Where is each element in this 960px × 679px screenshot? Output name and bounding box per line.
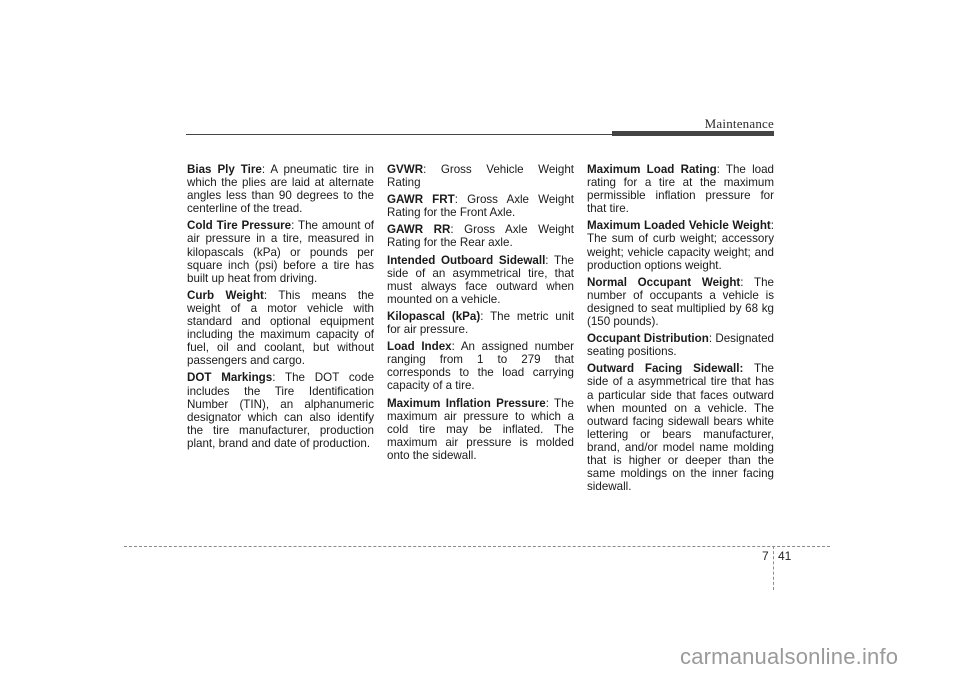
glossary-term: Load Index bbox=[387, 340, 452, 353]
glossary-term: Kilopascal (kPa) bbox=[387, 310, 480, 323]
separator: : bbox=[771, 219, 774, 232]
glossary-term: Maximum Load Rating bbox=[587, 163, 717, 176]
separator: : bbox=[480, 310, 490, 323]
glossary-term: DOT Markings bbox=[187, 371, 272, 384]
separator: : bbox=[545, 254, 554, 267]
footer-page-divider bbox=[773, 546, 774, 590]
separator: : bbox=[450, 223, 464, 236]
glossary-entry: Normal Occupant Weight: The number of oc… bbox=[587, 276, 774, 328]
watermark: carmanualsonline.info bbox=[680, 644, 898, 670]
glossary-entry: GVWR: Gross Vehicle Weight Rating bbox=[387, 163, 574, 189]
glossary-entry: Curb Weight: This means the weight of a … bbox=[187, 289, 374, 368]
glossary-entry: Intended Outboard Sidewall: The side of … bbox=[387, 254, 574, 306]
header-rule-thick bbox=[612, 131, 774, 136]
glossary-term: GVWR bbox=[387, 163, 423, 176]
glossary-entry: Cold Tire Pressure: The amount of air pr… bbox=[187, 219, 374, 284]
glossary-term: Curb Weight bbox=[187, 289, 264, 302]
glossary-column-3: Maximum Load Rating: The load rating for… bbox=[587, 163, 774, 497]
glossary-entry: GAWR RR: Gross Axle Weight Rating for th… bbox=[387, 223, 574, 249]
glossary-column-1: Bias Ply Tire: A pneumatic tire in which… bbox=[187, 163, 374, 454]
glossary-entry: Maximum Loaded Vehicle Weight: The sum o… bbox=[587, 219, 774, 271]
glossary-entry: Occupant Distribution: Designated seatin… bbox=[587, 332, 774, 358]
chapter-number: 7 bbox=[762, 549, 769, 563]
separator: : bbox=[740, 276, 754, 289]
glossary-term: Maximum Loaded Vehicle Weight bbox=[587, 219, 771, 232]
glossary-term: Intended Outboard Sidewall bbox=[387, 254, 545, 267]
glossary-entry: Kilopascal (kPa): The metric unit for ai… bbox=[387, 310, 574, 336]
footer-dashed-rule bbox=[124, 546, 830, 547]
separator: : bbox=[423, 163, 441, 176]
glossary-column-2: GVWR: Gross Vehicle Weight Rating GAWR F… bbox=[387, 163, 574, 466]
glossary-entry: GAWR FRT: Gross Axle Weight Rating for t… bbox=[387, 193, 574, 219]
glossary-entry: Load Index: An assigned number ranging f… bbox=[387, 340, 574, 392]
separator: : bbox=[546, 397, 554, 410]
separator bbox=[743, 362, 754, 375]
glossary-term: Occupant Distribution bbox=[587, 332, 709, 345]
glossary-definition: The side of a asymmetrical tire that has… bbox=[587, 362, 774, 493]
separator: : bbox=[717, 163, 726, 176]
glossary-entry: Outward Facing Sidewall: The side of a a… bbox=[587, 362, 774, 493]
separator: : bbox=[264, 289, 278, 302]
glossary-term: GAWR FRT bbox=[387, 193, 455, 206]
glossary-term: GAWR RR bbox=[387, 223, 450, 236]
separator: : bbox=[452, 340, 461, 353]
section-title: Maintenance bbox=[705, 116, 774, 132]
header-rule-thin bbox=[186, 134, 614, 135]
glossary-definition: The sum of curb weight; accessory weight… bbox=[587, 232, 774, 271]
glossary-term: Normal Occupant Weight bbox=[587, 276, 740, 289]
glossary-term: Outward Facing Sidewall: bbox=[587, 362, 743, 375]
glossary-term: Maximum Inflation Pressure bbox=[387, 397, 546, 410]
page-number: 41 bbox=[778, 549, 791, 563]
glossary-entry: Maximum Inflation Pressure: The maximum … bbox=[387, 397, 574, 462]
glossary-term: Cold Tire Pressure bbox=[187, 219, 291, 232]
glossary-entry: Bias Ply Tire: A pneumatic tire in which… bbox=[187, 163, 374, 215]
separator: : bbox=[272, 371, 285, 384]
glossary-entry: DOT Markings: The DOT code includes the … bbox=[187, 371, 374, 450]
separator: : bbox=[455, 193, 467, 206]
glossary-term: Bias Ply Tire bbox=[187, 163, 262, 176]
glossary-entry: Maximum Load Rating: The load rating for… bbox=[587, 163, 774, 215]
separator: : bbox=[291, 219, 298, 232]
